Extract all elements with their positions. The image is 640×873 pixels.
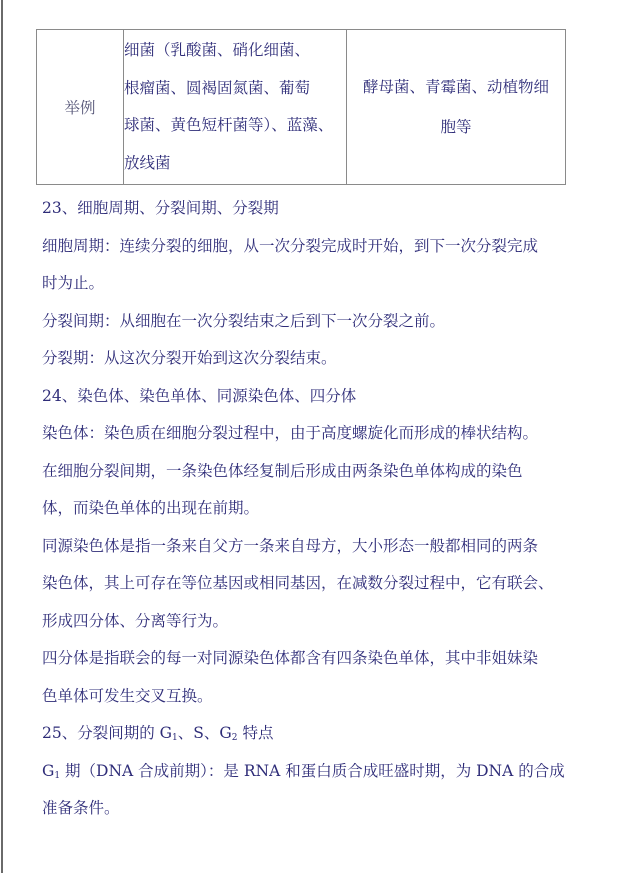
heading-text: 特点 xyxy=(238,724,274,742)
paragraph-line: 在细胞分裂间期，一条染色体经复制后形成由两条染色单体构成的染色 xyxy=(42,453,612,491)
text-line: 酵母菌、青霉菌、动植物细 xyxy=(347,67,565,107)
text-line: 球菌、黄色短杆菌等）、蓝藻、 xyxy=(124,107,346,145)
prokaryote-examples-cell: 细菌（乳酸菌、硝化细菌、 根瘤菌、圆褐固氮菌、葡萄 球菌、黄色短杆菌等）、蓝藻、… xyxy=(124,30,347,185)
text-line: 根瘤菌、圆褐固氮菌、葡萄 xyxy=(124,70,346,108)
paragraph-line: 分裂间期：从细胞在一次分裂结束之后到下一次分裂之前。 xyxy=(42,303,612,341)
paragraph-line: G1 期（DNA 合成前期）：是 RNA 和蛋白质合成旺盛时期，为 DNA 的合… xyxy=(42,753,612,791)
paragraph-line: 分裂期：从这次分裂开始到这次分裂结束。 xyxy=(42,340,612,378)
paragraph-line: 时为止。 xyxy=(42,265,612,303)
paragraph-line: 细胞周期：连续分裂的细胞，从一次分裂完成时开始，到下一次分裂完成 xyxy=(42,228,612,266)
heading-text: 、S、G xyxy=(178,724,232,742)
text-line: 细菌（乳酸菌、硝化细菌、 xyxy=(124,32,346,70)
eukaryote-examples-cell: 酵母菌、青霉菌、动植物细 胞等 xyxy=(347,30,566,185)
paragraph-line: 同源染色体是指一条来自父方一条来自母方，大小形态一般都相同的两条 xyxy=(42,528,612,566)
paragraph-line: 准备条件。 xyxy=(42,790,612,828)
page-left-border xyxy=(1,0,3,873)
section-heading-23: 23、细胞周期、分裂间期、分裂期 xyxy=(42,190,612,228)
paragraph-line: 形成四分体、分离等行为。 xyxy=(42,603,612,641)
section-heading-25: 25、分裂间期的 G1、S、G2 特点 xyxy=(42,715,612,753)
text-line: 放线菌 xyxy=(124,145,346,183)
paragraph-line: 体，而染色单体的出现在前期。 xyxy=(42,490,612,528)
row-label-examples: 举例 xyxy=(37,30,124,185)
text-line: 胞等 xyxy=(347,107,565,147)
paragraph-line: 染色体，其上可存在等位基因或相同基因，在减数分裂过程中，它有联会、 xyxy=(42,565,612,603)
cell-type-comparison-table: 举例 细菌（乳酸菌、硝化细菌、 根瘤菌、圆褐固氮菌、葡萄 球菌、黄色短杆菌等）、… xyxy=(36,29,566,185)
document-body: 23、细胞周期、分裂间期、分裂期 细胞周期：连续分裂的细胞，从一次分裂完成时开始… xyxy=(42,190,612,828)
heading-text: 25、分裂间期的 G xyxy=(42,724,172,742)
g1-text: 期（DNA 合成前期）：是 RNA 和蛋白质合成旺盛时期，为 DNA 的合成 xyxy=(60,762,565,780)
paragraph-line: 染色体：染色质在细胞分裂过程中，由于高度螺旋化而形成的棒状结构。 xyxy=(42,415,612,453)
paragraph-line: 色单体可发生交叉互换。 xyxy=(42,678,612,716)
paragraph-line: 四分体是指联会的每一对同源染色体都含有四条染色单体，其中非姐妹染 xyxy=(42,640,612,678)
g1-label: G xyxy=(42,762,54,780)
table-row-examples: 举例 细菌（乳酸菌、硝化细菌、 根瘤菌、圆褐固氮菌、葡萄 球菌、黄色短杆菌等）、… xyxy=(37,30,566,185)
section-heading-24: 24、染色体、染色单体、同源染色体、四分体 xyxy=(42,378,612,416)
